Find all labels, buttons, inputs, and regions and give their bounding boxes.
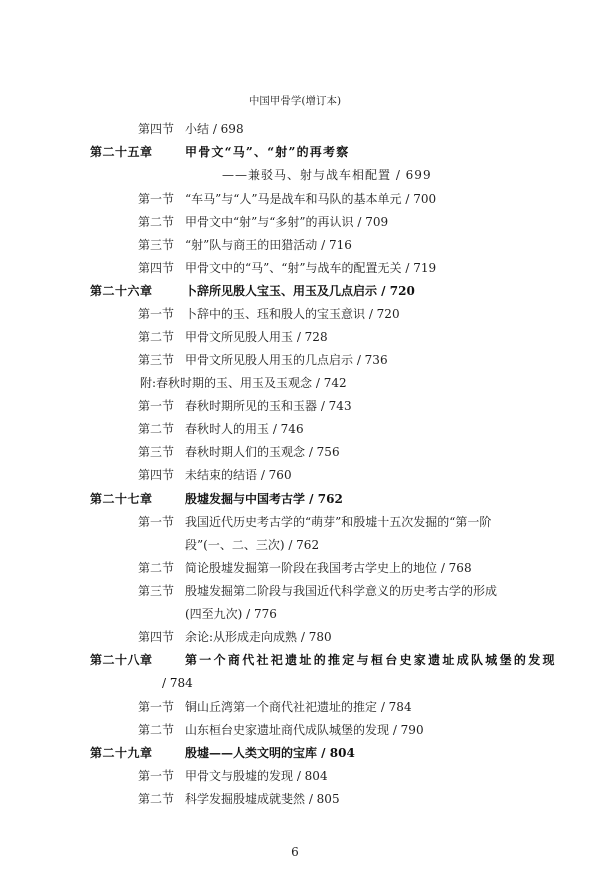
- toc-entry-continuation[interactable]: 段”(一、二、三次) / 762: [185, 537, 319, 553]
- toc-entry[interactable]: 第二节科学发掘殷墟成就斐然 / 805: [138, 791, 340, 807]
- toc-entry[interactable]: 第四节未结束的结语 / 760: [138, 467, 292, 483]
- chapter-title: 甲骨文“马”、“射”的再考察: [185, 145, 349, 159]
- section-label: 第四节: [138, 629, 185, 645]
- toc-entry[interactable]: 第一节卜辞中的玉、珏和殷人的宝玉意识 / 720: [138, 306, 400, 322]
- section-title: 殷墟发掘第二阶段与我国近代科学意义的历史考古学的形成: [185, 584, 497, 598]
- section-label: 第二节: [138, 560, 185, 576]
- chapter-label: 第二十九章: [90, 745, 185, 761]
- toc-entry[interactable]: 第一节“车马”与“人”马是战车和马队的基本单元 / 700: [138, 191, 436, 207]
- section-title: 春秋时人的用玉 / 746: [185, 422, 304, 436]
- section-label: 第一节: [138, 398, 185, 414]
- section-label: 第一节: [138, 306, 185, 322]
- section-title: 小结 / 698: [185, 122, 244, 136]
- toc-entry[interactable]: 第一节铜山丘湾第一个商代社祀遗址的推定 / 784: [138, 699, 412, 715]
- section-label: 第二节: [138, 421, 185, 437]
- toc-entry[interactable]: 第二节山东桓台史家遗址商代成队城堡的发现 / 790: [138, 722, 424, 738]
- toc-entry-continuation[interactable]: / 784: [162, 675, 193, 691]
- toc-entry[interactable]: 第三节甲骨文所见殷人用玉的几点启示 / 736: [138, 352, 388, 368]
- section-title: 春秋时期人们的玉观念 / 756: [185, 445, 340, 459]
- toc-chapter[interactable]: 第二十七章殷墟发掘与中国考古学 / 762: [90, 491, 343, 507]
- toc-entry[interactable]: 第一节春秋时期所见的玉和玉器 / 743: [138, 398, 352, 414]
- section-label: 第一节: [138, 768, 185, 784]
- toc-entry[interactable]: 第四节余论:从形成走向成熟 / 780: [138, 629, 332, 645]
- toc-entry[interactable]: 第二节甲骨文所见殷人用玉 / 728: [138, 329, 328, 345]
- section-label: 第三节: [138, 583, 185, 599]
- section-title: 甲骨文中的“马”、“射”与战车的配置无关 / 719: [185, 261, 436, 275]
- toc-entry[interactable]: 第四节甲骨文中的“马”、“射”与战车的配置无关 / 719: [138, 260, 436, 276]
- toc-chapter[interactable]: 第二十八章第一个商代社祀遗址的推定与桓台史家遗址成队城堡的发现: [90, 652, 557, 668]
- section-label: 第三节: [138, 444, 185, 460]
- section-title: 铜山丘湾第一个商代社祀遗址的推定 / 784: [185, 700, 412, 714]
- section-title: 简论殷墟发掘第一阶段在我国考古学史上的地位 / 768: [185, 561, 472, 575]
- toc-chapter[interactable]: 第二十六章卜辞所见殷人宝玉、用玉及几点启示 / 720: [90, 283, 415, 299]
- section-title: “车马”与“人”马是战车和马队的基本单元 / 700: [185, 192, 436, 206]
- section-label: 第二节: [138, 214, 185, 230]
- toc-entry-continuation[interactable]: (四至九次) / 776: [185, 606, 277, 622]
- section-title: 余论:从形成走向成熟 / 780: [185, 630, 332, 644]
- chapter-title: 第一个商代社祀遗址的推定与桓台史家遗址成队城堡的发现: [185, 653, 557, 667]
- section-title: 甲骨文中“射”与“多射”的再认识 / 709: [185, 215, 388, 229]
- section-label: 第四节: [138, 467, 185, 483]
- section-label: 第四节: [138, 260, 185, 276]
- section-label: 第一节: [138, 699, 185, 715]
- section-label: 第一节: [138, 191, 185, 207]
- chapter-label: 第二十八章: [90, 652, 185, 668]
- toc-entry[interactable]: 第四节小结 / 698: [138, 121, 244, 137]
- section-label: 第一节: [138, 514, 185, 530]
- toc-appendix[interactable]: 附:春秋时期的玉、用玉及玉观念 / 742: [140, 375, 347, 391]
- chapter-title: 殷墟——人类文明的宝库 / 804: [185, 746, 355, 760]
- section-title: 春秋时期所见的玉和玉器 / 743: [185, 399, 352, 413]
- page-number: 6: [0, 845, 590, 859]
- chapter-title: 殷墟发掘与中国考古学 / 762: [185, 492, 343, 506]
- toc-chapter[interactable]: 第二十九章殷墟——人类文明的宝库 / 804: [90, 745, 355, 761]
- section-title: 科学发掘殷墟成就斐然 / 805: [185, 792, 340, 806]
- toc-entry[interactable]: 第一节我国近代历史考古学的“萌芽”和殷墟十五次发掘的“第一阶: [138, 514, 491, 530]
- section-title: 甲骨文所见殷人用玉的几点启示 / 736: [185, 353, 388, 367]
- chapter-label: 第二十七章: [90, 491, 185, 507]
- section-label: 第三节: [138, 237, 185, 253]
- toc-chapter[interactable]: 第二十五章甲骨文“马”、“射”的再考察: [90, 144, 349, 160]
- section-title: “射”队与商王的田猎活动 / 716: [185, 238, 352, 252]
- section-title: 我国近代历史考古学的“萌芽”和殷墟十五次发掘的“第一阶: [185, 515, 491, 529]
- toc-entry[interactable]: 第三节春秋时期人们的玉观念 / 756: [138, 444, 340, 460]
- section-title: 卜辞中的玉、珏和殷人的宝玉意识 / 720: [185, 307, 400, 321]
- section-label: 第四节: [138, 121, 185, 137]
- toc-entry[interactable]: 第二节甲骨文中“射”与“多射”的再认识 / 709: [138, 214, 388, 230]
- section-title: 甲骨文与殷墟的发现 / 804: [185, 769, 328, 783]
- section-label: 第三节: [138, 352, 185, 368]
- section-title: 山东桓台史家遗址商代成队城堡的发现 / 790: [185, 723, 424, 737]
- section-label: 第二节: [138, 329, 185, 345]
- chapter-label: 第二十五章: [90, 144, 185, 160]
- toc-entry[interactable]: 第三节殷墟发掘第二阶段与我国近代科学意义的历史考古学的形成: [138, 583, 497, 599]
- running-header: 中国甲骨学(增订本): [0, 93, 590, 108]
- toc-entry[interactable]: 第三节“射”队与商王的田猎活动 / 716: [138, 237, 352, 253]
- toc-entry[interactable]: 第二节简论殷墟发掘第一阶段在我国考古学史上的地位 / 768: [138, 560, 472, 576]
- chapter-title: 卜辞所见殷人宝玉、用玉及几点启示 / 720: [185, 284, 415, 298]
- chapter-label: 第二十六章: [90, 283, 185, 299]
- toc-subtitle[interactable]: ——兼驳马、射与战车相配置 / 699: [222, 167, 432, 183]
- toc-entry[interactable]: 第一节甲骨文与殷墟的发现 / 804: [138, 768, 328, 784]
- section-label: 第二节: [138, 791, 185, 807]
- section-title: 未结束的结语 / 760: [185, 468, 292, 482]
- toc-entry[interactable]: 第二节春秋时人的用玉 / 746: [138, 421, 304, 437]
- section-title: 甲骨文所见殷人用玉 / 728: [185, 330, 328, 344]
- section-label: 第二节: [138, 722, 185, 738]
